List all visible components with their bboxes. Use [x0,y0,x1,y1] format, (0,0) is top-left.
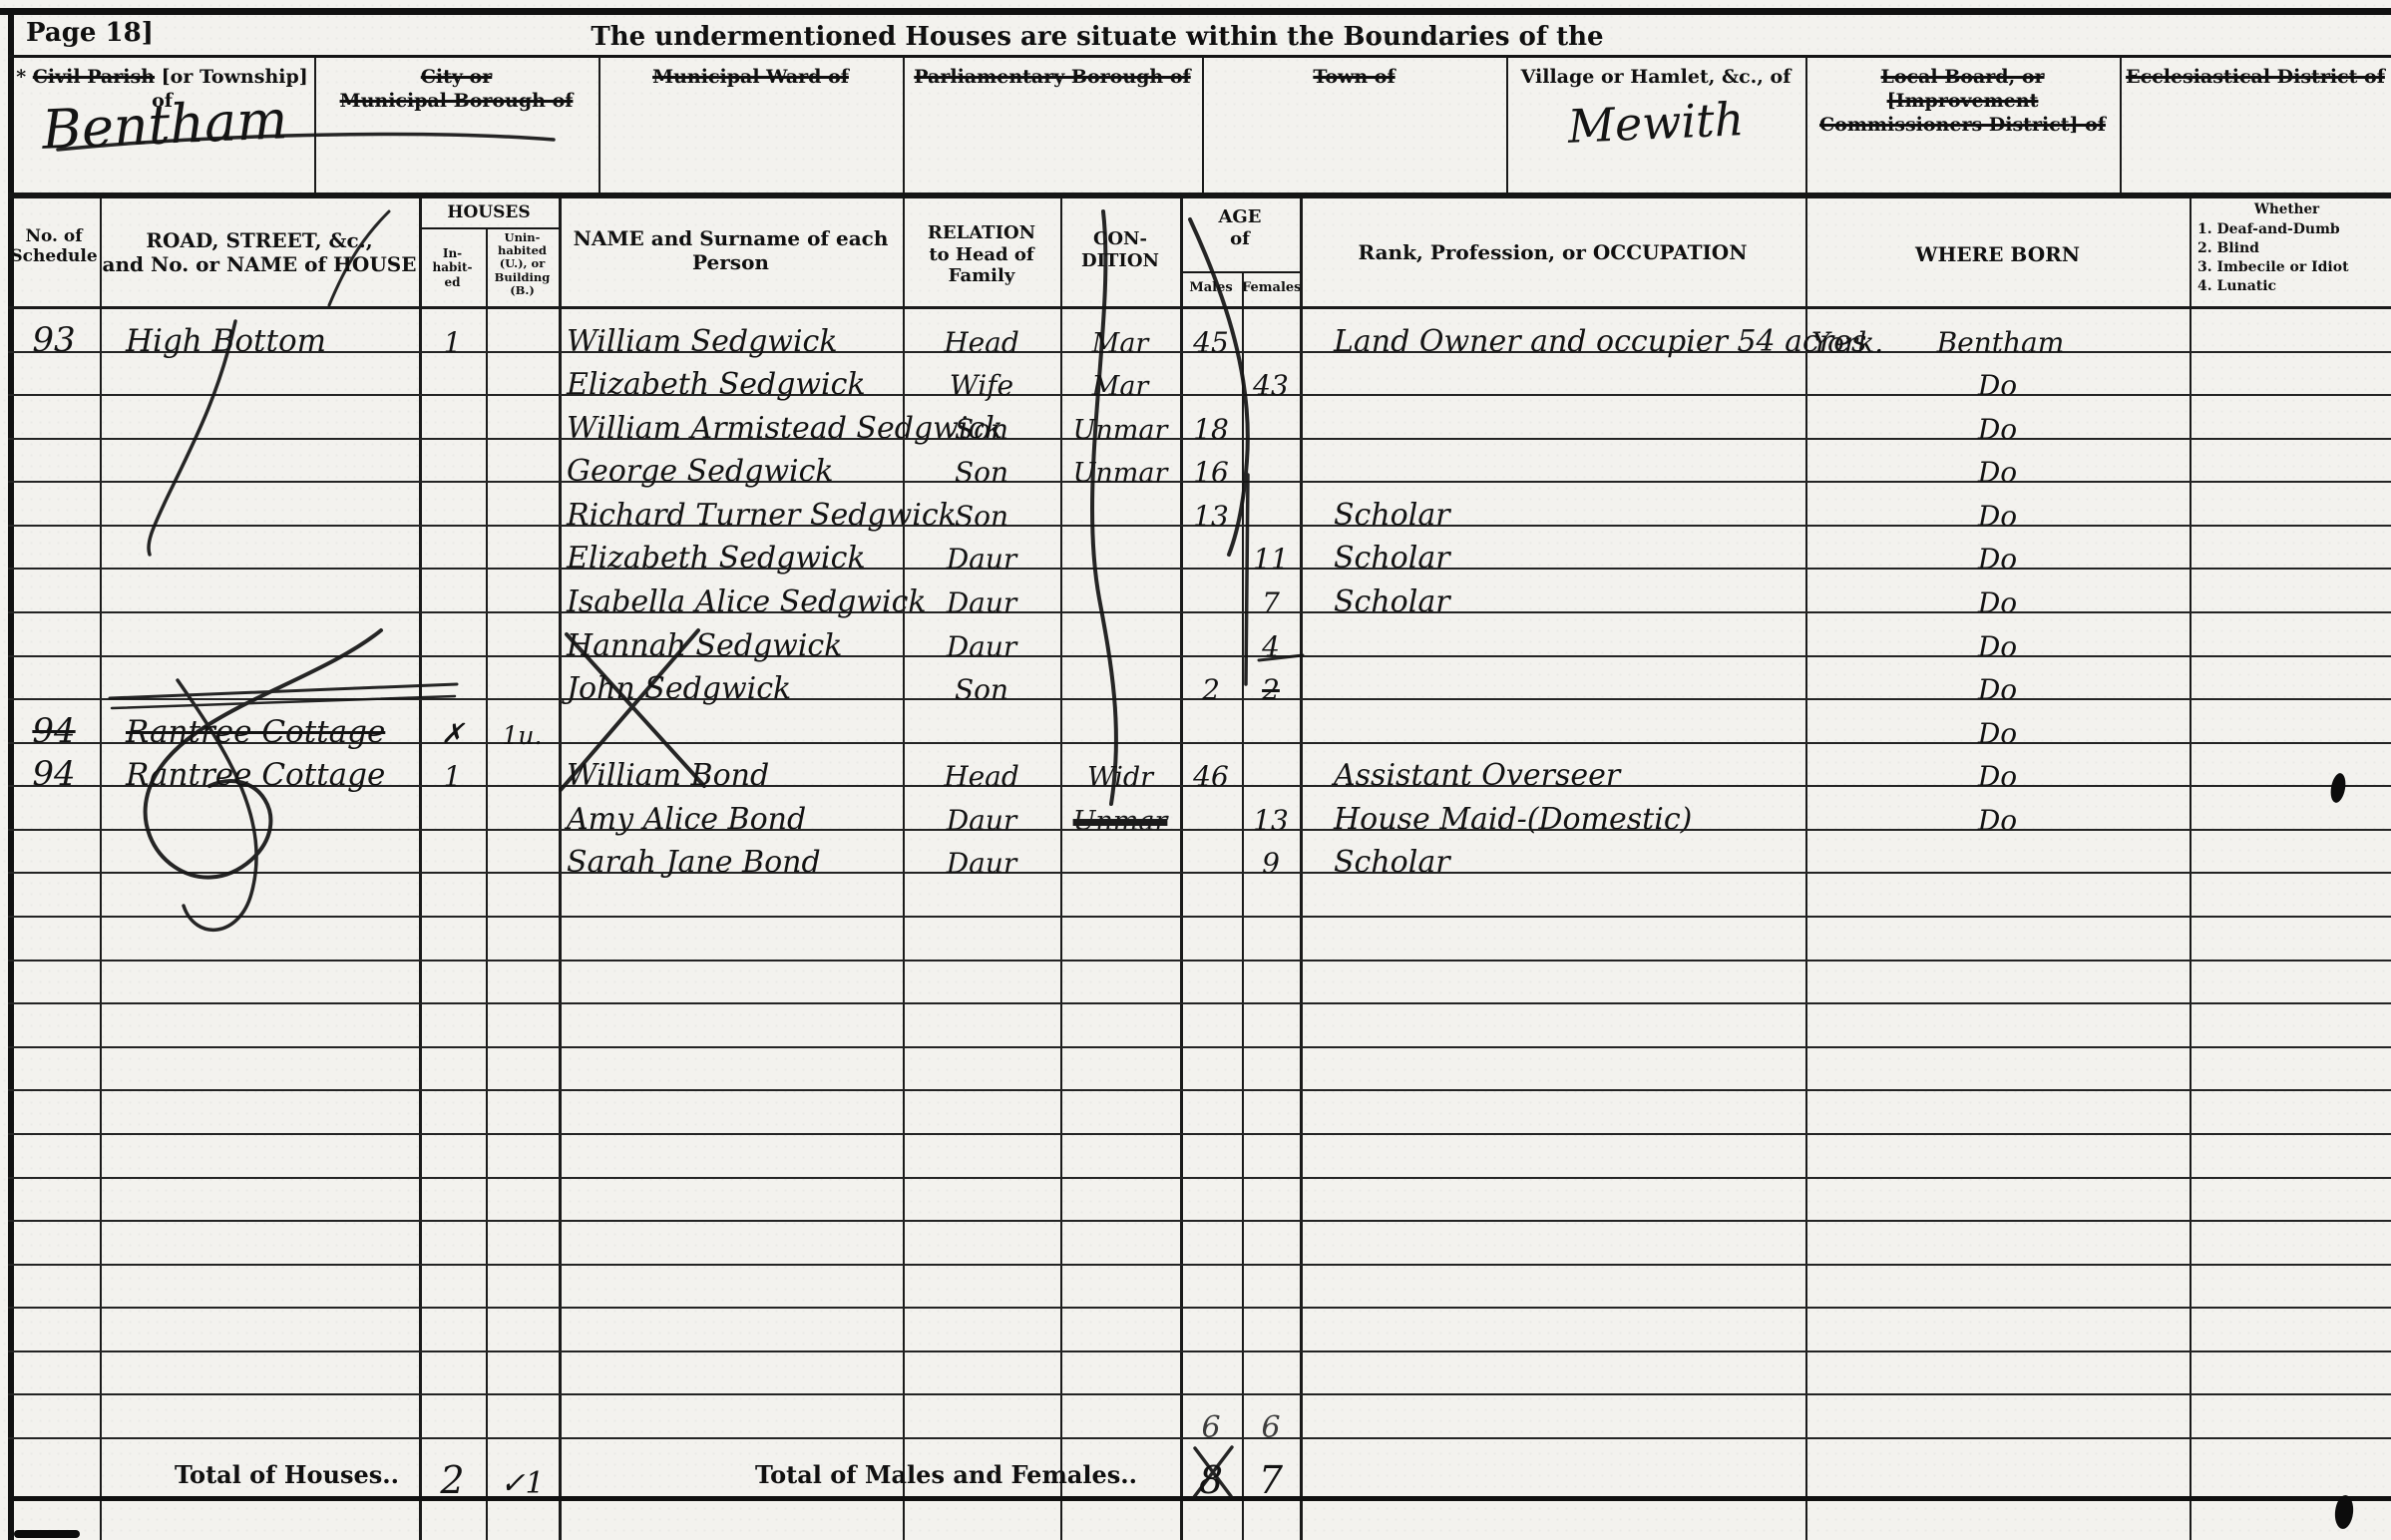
cell-born: Do [1805,748,2190,792]
cell-female: 2 [1242,661,1300,705]
cell-occupation: Land Owner and occupier 54 acres [1300,313,1805,357]
location-column-divider [1202,57,1204,192]
col-header-infirmity-item: 3. Imbecile or Idiot [2197,259,2385,275]
cell-condition: Mar [1060,313,1180,357]
cell-occupation: Scholar [1300,574,1805,617]
location-handwritten-value [1202,89,1506,102]
total-houses-label: Total of Houses.. [100,1439,399,1501]
cell-name: William Bond [559,748,903,792]
cell-relation: Son [903,487,1060,531]
total-males: 8 [1180,1443,1242,1499]
cell-male: 18 [1180,400,1242,444]
cell-born: Do [1805,357,2190,401]
col-header-born: WHERE BORN [1805,198,2190,306]
cell-female: 13 [1242,791,1300,835]
col-header-houses: HOUSES [419,198,559,227]
label-struck-text: Municipal Ward of [652,66,849,88]
pencil-total-females: 6 [1242,1399,1300,1443]
cell-born: Do [1805,661,2190,705]
cell-male: 16 [1180,444,1242,488]
cell-name: William Armistead Sedgwick [559,400,903,444]
cell-relation: Son [903,661,1060,705]
cell-inhabited: ✗ [419,704,486,748]
cell-relation: Head [903,748,1060,792]
col-header-schedule: No. of Schedule [8,198,100,306]
cell-road: Rantree Cottage [100,748,419,792]
location-handwritten-value: Mewith [1505,89,1806,156]
cell-road: High Bottom [100,313,419,357]
row-rule [8,1135,2391,1179]
total-females: 7 [1242,1443,1300,1499]
cell-born: Do [1805,531,2190,575]
col-header-occupation: Rank, Profession, or OCCUPATION [1300,198,1805,306]
col-header-females: Females [1242,271,1300,306]
cell-road: Rantree Cottage [100,704,419,748]
location-column-divider [903,57,905,192]
row-rule [8,962,2391,1005]
label-struck-text: Civil Parish [33,66,155,88]
cell-condition: Unmar [1060,444,1180,488]
cell-condition: Mar [1060,357,1180,401]
cell-relation: Daur [903,835,1060,879]
location-column-label: Town of [1202,66,1506,90]
cell-inhabited: 1 [419,313,486,357]
census-sheet: Page 18] The undermentioned Houses are s… [0,0,2391,1540]
cell-uninhabited: 1u. [486,704,559,748]
cell-relation: Daur [903,531,1060,575]
col-header-infirmity-item: 2. Blind [2197,240,2385,256]
cell-inhabited: 1 [419,748,486,792]
location-column-divider [598,57,600,192]
col-header-relation: RELATION to Head of Family [903,198,1060,306]
row-rule [8,1048,2391,1092]
label-prefix: * [16,66,33,88]
cell-condition: Unmar [1060,400,1180,444]
col-header-uninhabited: Unin- habited (U.), or Building (B.) [486,228,559,306]
label-text: Village or Hamlet, &c., of [1521,66,1792,88]
cell-occupation: House Maid-(Domestic) [1300,791,1805,835]
col-header-age: AGE of [1180,198,1300,271]
total-houses-uninhabited: ✓1 [486,1443,559,1499]
col-header-name: NAME and Surname of each Person [559,198,903,306]
cell-female: 9 [1242,835,1300,879]
cell-occupation: Scholar [1300,835,1805,879]
location-column-divider [1805,57,1807,192]
row-rule [8,1004,2391,1048]
cell-condition: Unmar [1060,791,1180,835]
cell-name: Hannah Sedgwick [559,617,903,661]
location-column-label: City or Municipal Borough of [314,66,598,114]
col-header-road: ROAD, STREET, &c., and No. or NAME of HO… [100,198,419,306]
table-content: * Civil Parish [or Township] ofBenthamCi… [0,0,2391,1540]
row-rule [8,1352,2391,1396]
cell-relation: Daur [903,617,1060,661]
cell-female: 4 [1242,617,1300,661]
location-column-divider [1506,57,1508,192]
cell-occupation: Scholar [1300,487,1805,531]
location-column-label: Parliamentary Borough of [903,66,1202,90]
row-rule [8,831,2391,875]
cell-name: Elizabeth Sedgwick [559,357,903,401]
col-header-condition: CON- DITION [1060,198,1180,306]
row-rule [8,1091,2391,1135]
location-column-divider [2120,57,2122,192]
cell-male: 46 [1180,748,1242,792]
cell-male: 45 [1180,313,1242,357]
row-rule [8,918,2391,962]
cell-schedule: 94 [8,704,100,748]
cell-name: Amy Alice Bond [559,791,903,835]
cell-born: Do [1805,617,2190,661]
col-header-males: Males [1180,271,1242,306]
cell-name: William Sedgwick [559,313,903,357]
age-sub-divider [1180,271,1300,273]
location-column-divider [314,57,316,192]
label-struck-text: Local Board, or [Improvement Commissione… [1819,66,2106,136]
row-rule [8,1309,2391,1352]
cell-born: Do [1805,400,2190,444]
cell-born: York. Bentham [1805,313,2190,357]
cell-relation: Son [903,444,1060,488]
location-handwritten-value [598,89,903,102]
total-houses-inhabited: 2 [419,1443,486,1499]
cell-condition: Widr [1060,748,1180,792]
cell-relation: Daur [903,791,1060,835]
cell-relation: Wife [903,357,1060,401]
location-column-label: Local Board, or [Improvement Commissione… [1805,66,2120,137]
cell-occupation: Assistant Overseer [1300,748,1805,792]
label-struck-text: Ecclesiastical District of [2126,66,2385,88]
cell-male: 2 [1180,661,1242,705]
cell-born: Do [1805,487,2190,531]
cell-female: 11 [1242,531,1300,575]
cell-schedule: 93 [8,313,100,357]
cell-relation: Son [903,400,1060,444]
label-struck-text: Parliamentary Borough of [914,66,1190,88]
cell-male: 13 [1180,487,1242,531]
row-rule [8,875,2391,919]
houses-underline [419,227,559,229]
col-header-infirmity-item: 1. Deaf-and-Dumb [2197,221,2385,237]
cell-name: Sarah Jane Bond [559,835,903,879]
location-handwritten-value [903,89,1202,102]
cell-occupation: Scholar [1300,531,1805,575]
col-header-inhabited: In- habit- ed [419,228,486,306]
cell-name: Richard Turner Sedgwick [559,487,903,531]
cell-schedule: 94 [8,748,100,792]
cell-born: Do [1805,574,2190,617]
label-struck-text: City or Municipal Borough of [340,66,574,112]
pencil-total-males: 6 [1180,1399,1242,1443]
location-column-label: Municipal Ward of [598,66,903,90]
total-males-females-label: Total of Males and Females.. [559,1439,1157,1501]
cell-name: John Sedgwick [559,661,903,705]
row-rule [8,1222,2391,1266]
cell-born: Do [1805,444,2190,488]
cell-name: Elizabeth Sedgwick [559,531,903,575]
col-header-infirmity-item: 4. Lunatic [2197,278,2385,294]
cell-name: Isabella Alice Sedgwick [559,574,903,617]
col-header-infirmity-title: Whether [2190,201,2384,217]
cell-relation: Head [903,313,1060,357]
location-column-label: Village or Hamlet, &c., of [1506,66,1805,90]
cell-relation: Daur [903,574,1060,617]
row-rule [8,1266,2391,1310]
cell-born: Do [1805,791,2190,835]
row-rule [8,1179,2391,1223]
cell-born: Do [1805,704,2190,748]
cell-female: 43 [1242,357,1300,401]
location-column-label: Ecclesiastical District of [2120,66,2391,90]
location-handwritten-value [2120,90,2391,102]
cell-name: George Sedgwick [559,444,903,488]
cell-female: 7 [1242,574,1300,617]
label-struck-text: Town of [1313,66,1395,88]
